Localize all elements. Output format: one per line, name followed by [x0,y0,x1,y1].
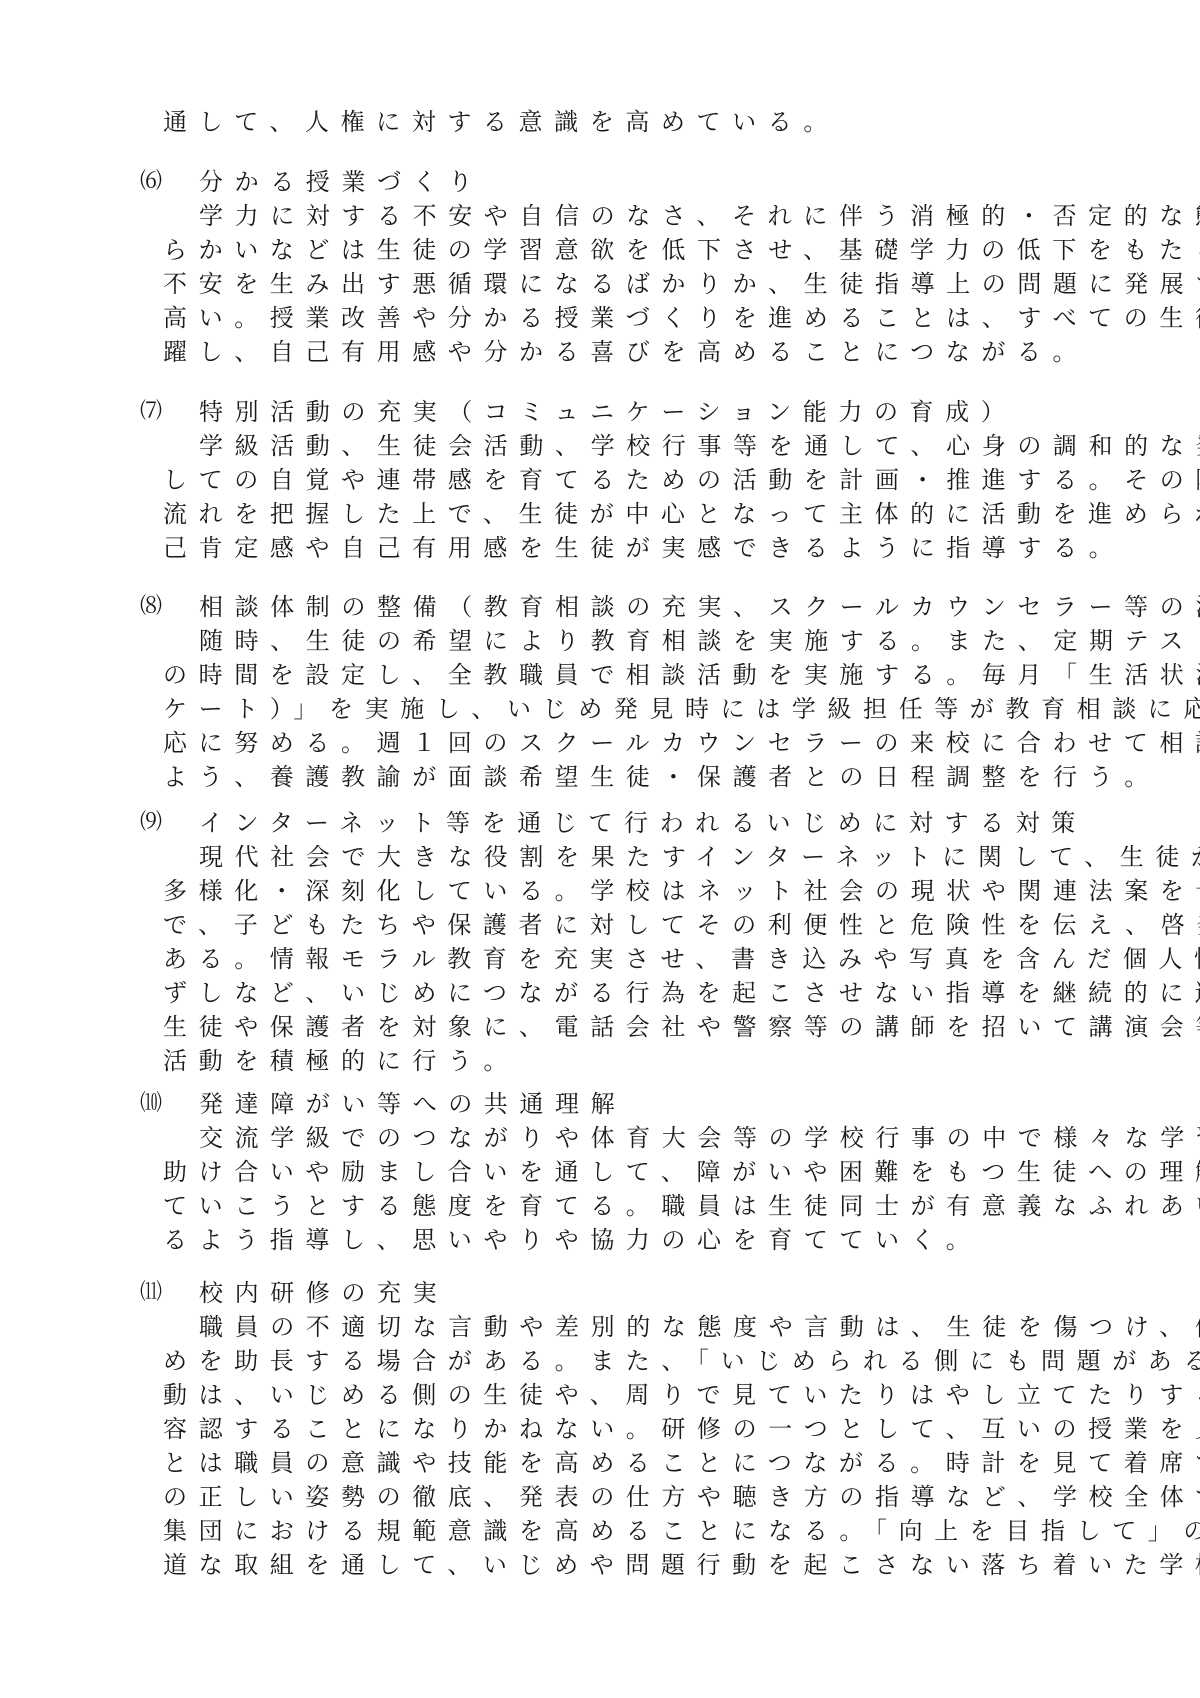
section-title: 発達障がい等への共通理解 [199,1087,626,1121]
paragraph-line: ていこうとする態度を育てる。職員は生徒同士が有意義なふれあいや理解が進められ [163,1189,1103,1223]
section-number: ⑻ [140,590,162,624]
paragraph-line: 随時、生徒の希望により教育相談を実施する。また、定期テスト実施日に教育相談 [199,624,1139,658]
paragraph-line: で、子どもたちや保護者に対してその利便性と危険性を伝え、啓発することが大切で [163,908,1103,942]
section-number: ⑾ [140,1276,162,1310]
paragraph-line: 容認することになりかねない。研修の一つとして、互いの授業を見合う、見せ合うこ [163,1412,1103,1446]
paragraph-line: 応に努める。週１回のスクールカウンセラーの来校に合わせて相談活動が実施できる [163,726,1103,760]
paragraph-line: 不安を生み出す悪循環になるばかりか、生徒指導上の問題に発展する可能性は非常に [163,267,1103,301]
document-page: 通して、人権に対する意識を高めている。 ⑹ 分かる授業づくり 学力に対する不安や… [0,0,1200,1698]
paragraph-line: 多様化・深刻化している。学校はネット社会の現状や関連法案を十分に把握する一方 [163,874,1103,908]
paragraph-line: の正しい姿勢の徹底、発表の仕方や聴き方の指導など、学校全体でそろえることで、 [163,1480,1103,1514]
paragraph-line: 現代社会で大きな役割を果たすインターネットに関して、生徒が受ける被害は年々 [199,840,1139,874]
continuation-text: 通して、人権に対する意識を高めている。 [163,105,1103,139]
paragraph-line: 生徒や保護者を対象に、電話会社や警察等の講師を招いて講演会等を開催して、啓発 [163,1010,1103,1044]
section-number: ⑹ [140,165,162,199]
paragraph-line: 学級活動、生徒会活動、学校行事等を通して、心身の調和的な発達と集団の一員と [199,429,1139,463]
paragraph-line: 躍し、自己有用感や分かる喜びを高めることにつながる。 [163,335,1103,369]
paragraph-line: 高い。授業改善や分かる授業づくりを進めることは、すべての生徒が授業に参加・活 [163,301,1103,335]
paragraph-line: しての自覚や連帯感を育てるための活動を計画・推進する。その際、教職員は活動の [163,463,1103,497]
paragraph-line: るよう指導し、思いやりや協力の心を育てていく。 [163,1223,1103,1257]
paragraph-line: 職員の不適切な言動や差別的な態度や言動は、生徒を傷つけ、他の生徒によるいじ [199,1310,1139,1344]
paragraph-line: 学力に対する不安や自信のなさ、それに伴う消極的・否定的な態度、冷やかしやか [199,199,1139,233]
paragraph-line: とは職員の意識や技能を高めることにつながる。時計を見て着席する習慣や、授業中 [163,1446,1103,1480]
paragraph-line: よう、養護教諭が面談希望生徒・保護者との日程調整を行う。 [163,760,1103,794]
paragraph-line: 流れを把握した上で、生徒が中心となって主体的に活動を進められるよう工夫し、自 [163,497,1103,531]
section-title: 校内研修の充実 [199,1276,448,1310]
section-number: ⑽ [140,1087,162,1121]
section-title: 特別活動の充実（コミュニケーション能力の育成） [199,395,1016,429]
paragraph-line: 活動を積極的に行う。 [163,1044,1103,1078]
section-number: ⑺ [140,395,162,429]
paragraph-line: めを助長する場合がある。また、「いじめられる側にも問題がある」といった認識や言 [163,1344,1103,1378]
paragraph-line: 助け合いや励まし合いを通して、障がいや困難をもつ生徒への理解を深め、共に生き [163,1155,1103,1189]
section-title: 分かる授業づくり [199,165,484,199]
paragraph-line: ずしなど、いじめにつながる行為を起こさせない指導を継続的に進めていく。また、 [163,976,1103,1010]
paragraph-line: 動は、いじめる側の生徒や、周りで見ていたりはやし立てたりする傍観者的な生徒を [163,1378,1103,1412]
section-title: 相談体制の整備（教育相談の充実、スクールカウンセラー等の活用） [199,590,1200,624]
section-title: インターネット等を通じて行われるいじめに対する対策 [199,806,1087,840]
paragraph-line: 道な取組を通して、いじめや問題行動を起こさない落ち着いた学校づくりに努める。 [163,1548,1103,1582]
paragraph-line: らかいなどは生徒の学習意欲を低下させ、基礎学力の低下をもたらす。それが更なる [163,233,1103,267]
paragraph-line: 交流学級でのつながりや体育大会等の学校行事の中で様々な学習活動を共に行い、 [199,1121,1139,1155]
paragraph-line: 己肯定感や自己有用感を生徒が実感できるように指導する。 [163,531,1103,565]
paragraph-line: ケート）」を実施し、いじめ発見時には学級担任等が教育相談に応じ、迅速で適切な対 [163,692,1103,726]
paragraph-line: ある。情報モラル教育を充実させ、書き込みや写真を含んだ個人情報の掲載や仲間は [163,942,1103,976]
paragraph-line: の時間を設定し、全教職員で相談活動を実施する。毎月「生活状況調査（いじめアン [163,658,1103,692]
section-number: ⑼ [140,806,162,840]
paragraph-line: 集団における規範意識を高めることになる。「向上を目指して」の徹底など、普段の地 [163,1514,1103,1548]
